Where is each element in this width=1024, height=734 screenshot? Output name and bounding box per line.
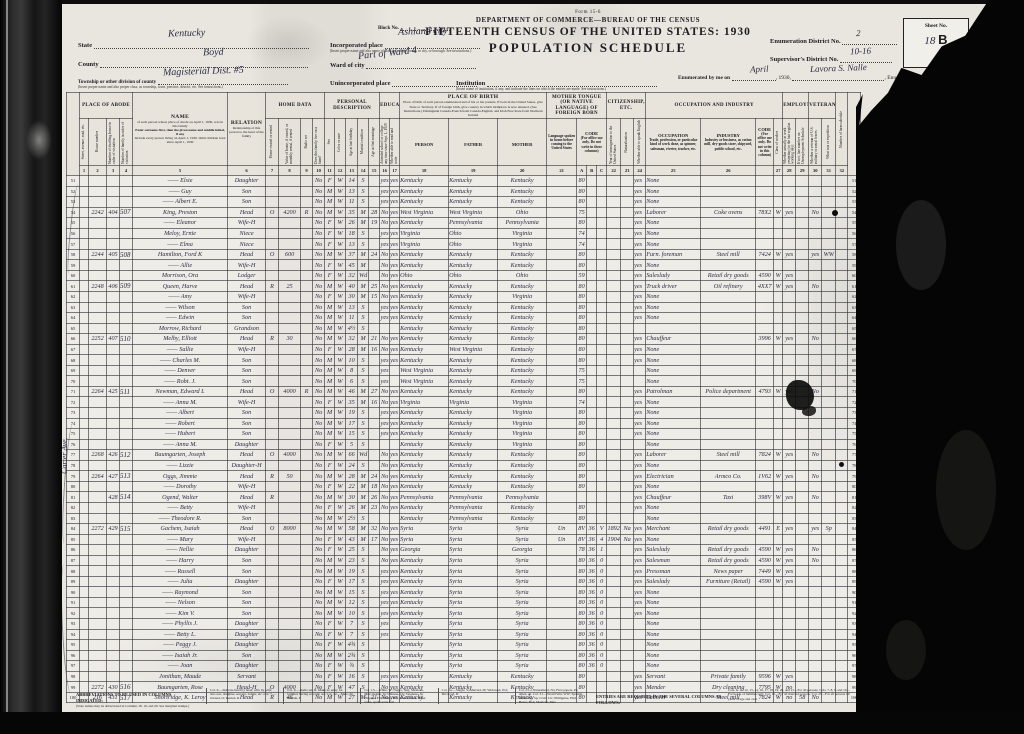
entry-cell bbox=[809, 640, 822, 651]
entry-cell: No bbox=[380, 555, 390, 566]
entry-cell: W bbox=[335, 450, 346, 461]
entry-cell bbox=[822, 471, 836, 482]
entry-cell bbox=[301, 471, 313, 482]
entry-cell bbox=[547, 302, 577, 313]
entry-cell: No bbox=[313, 534, 325, 545]
entry-cell bbox=[597, 450, 607, 461]
entry-cell: None bbox=[646, 460, 701, 471]
entry-cell bbox=[822, 587, 836, 598]
entry-cell bbox=[301, 270, 313, 281]
entry-cell bbox=[774, 650, 783, 661]
street-cell bbox=[80, 323, 89, 334]
entry-cell: W bbox=[335, 629, 346, 640]
entry-cell: No bbox=[380, 460, 390, 471]
entry-cell bbox=[783, 323, 796, 334]
entry-cell: 1 bbox=[597, 545, 607, 556]
entry-cell: yes bbox=[390, 545, 400, 556]
entry-cell: F bbox=[325, 534, 335, 545]
entry-cell bbox=[836, 408, 848, 419]
entry-cell: 0 bbox=[597, 650, 607, 661]
scan-blob bbox=[936, 430, 996, 550]
entry-cell bbox=[301, 608, 313, 619]
entry-cell: No bbox=[313, 397, 325, 408]
column-number-18: 18 bbox=[400, 166, 449, 176]
entry-cell: Grandson bbox=[228, 323, 266, 334]
entry-cell bbox=[587, 513, 597, 524]
line-number: 65 bbox=[67, 323, 80, 334]
entry-cell: Kentucky bbox=[400, 334, 449, 345]
entry-cell bbox=[836, 618, 848, 629]
entry-cell bbox=[701, 239, 756, 250]
entry-cell bbox=[836, 281, 848, 292]
entry-cell bbox=[774, 302, 783, 313]
entry-cell: 80 bbox=[577, 587, 587, 598]
table-row: 712264425511Newman, Edward LHeadO4000RNo… bbox=[67, 386, 861, 397]
entry-cell bbox=[89, 418, 107, 429]
entry-cell bbox=[597, 365, 607, 376]
entry-cell: yes bbox=[783, 334, 796, 345]
street-cell bbox=[80, 239, 89, 250]
entry-cell bbox=[607, 597, 621, 608]
entry-cell bbox=[301, 260, 313, 271]
entry-cell: yes bbox=[390, 566, 400, 577]
entry-cell: None bbox=[646, 418, 701, 429]
entry-cell bbox=[369, 365, 380, 376]
abode-subheader-2: House number bbox=[89, 119, 107, 166]
entry-cell: 80 bbox=[577, 186, 587, 197]
entry-cell bbox=[836, 344, 848, 355]
entry-cell bbox=[266, 439, 279, 450]
entry-cell bbox=[607, 239, 621, 250]
entry-cell bbox=[266, 186, 279, 197]
entry-cell bbox=[796, 629, 809, 640]
entry-cell bbox=[621, 618, 634, 629]
entry-cell bbox=[279, 176, 301, 187]
entry-cell: Virginia bbox=[449, 397, 498, 408]
entry-cell bbox=[279, 218, 301, 229]
entry-cell bbox=[547, 218, 577, 229]
entry-cell: Virginia bbox=[498, 408, 547, 419]
entry-cell bbox=[783, 228, 796, 239]
entry-cell: Son bbox=[228, 513, 266, 524]
class-of-worker-subheader: Class of worker bbox=[774, 119, 783, 166]
entry-cell bbox=[607, 323, 621, 334]
entry-cell bbox=[796, 524, 809, 535]
entry-cell: 36 bbox=[587, 555, 597, 566]
entry-cell bbox=[301, 481, 313, 492]
entry-cell bbox=[89, 323, 107, 334]
entry-cell: 511 bbox=[120, 386, 133, 397]
entry-cell bbox=[836, 650, 848, 661]
entry-cell bbox=[547, 365, 577, 376]
entry-cell bbox=[301, 429, 313, 440]
entry-cell: No bbox=[313, 450, 325, 461]
entry-cell: 43 bbox=[346, 534, 358, 545]
entry-cell bbox=[597, 281, 607, 292]
personal-subheader-2: Color or race bbox=[335, 119, 346, 166]
entry-cell bbox=[369, 513, 380, 524]
entry-cell: 80 bbox=[577, 450, 587, 461]
entry-cell bbox=[587, 239, 597, 250]
entry-cell bbox=[836, 186, 848, 197]
entry-cell bbox=[107, 228, 120, 239]
entry-cell bbox=[89, 302, 107, 313]
entry-cell: Patrolman bbox=[646, 386, 701, 397]
entry-cell bbox=[701, 197, 756, 208]
entry-cell: 0 bbox=[597, 608, 607, 619]
entry-cell bbox=[266, 239, 279, 250]
entry-cell bbox=[369, 618, 380, 629]
entry-cell: No bbox=[313, 313, 325, 324]
entry-cell: W bbox=[774, 492, 783, 503]
entry-cell: Jonithan, Maude bbox=[133, 671, 228, 682]
entry-cell: 426 bbox=[107, 450, 120, 461]
entry-cell bbox=[756, 365, 774, 376]
entry-cell: yes bbox=[634, 270, 646, 281]
entry-cell: Pennsylvania bbox=[449, 492, 498, 503]
entry-cell bbox=[587, 397, 597, 408]
entry-cell bbox=[774, 176, 783, 187]
entry-cell: W bbox=[335, 650, 346, 661]
table-row: 57—— ElmaNieceNoFW13SyesyesVirginiaOhioV… bbox=[67, 239, 861, 250]
entry-cell: M bbox=[358, 502, 369, 513]
entry-cell: W bbox=[335, 207, 346, 218]
entry-cell bbox=[621, 471, 634, 482]
entry-cell bbox=[301, 534, 313, 545]
entry-cell: No bbox=[313, 292, 325, 303]
entry-cell: R bbox=[301, 207, 313, 218]
entry-cell: yes bbox=[634, 334, 646, 345]
entry-cell: —— Anna M. bbox=[133, 439, 228, 450]
entry-cell: yes bbox=[783, 671, 796, 682]
entry-cell bbox=[822, 176, 836, 187]
entry-cell bbox=[301, 218, 313, 229]
entry-cell: None bbox=[646, 176, 701, 187]
street-cell bbox=[80, 650, 89, 661]
entry-cell: W bbox=[335, 576, 346, 587]
entry-cell: Kentucky bbox=[449, 260, 498, 271]
entry-cell bbox=[836, 260, 848, 271]
entry-cell bbox=[369, 228, 380, 239]
entry-cell: No bbox=[380, 450, 390, 461]
ward-field: Ward of city bbox=[330, 60, 476, 69]
entry-cell bbox=[120, 228, 133, 239]
entry-cell: 28 bbox=[346, 471, 358, 482]
entry-cell: Daughter bbox=[228, 439, 266, 450]
entry-cell bbox=[621, 492, 634, 503]
entry-cell: West Virginia bbox=[449, 207, 498, 218]
entry-cell bbox=[120, 365, 133, 376]
entry-cell: M bbox=[325, 587, 335, 598]
entry-cell bbox=[822, 386, 836, 397]
entry-cell: W bbox=[774, 334, 783, 345]
entry-cell: 24 bbox=[369, 471, 380, 482]
entry-cell: W bbox=[335, 313, 346, 324]
entry-cell: 74 bbox=[577, 397, 587, 408]
home-subheader-1: Home owned or rented bbox=[266, 119, 279, 166]
abode-subheader-1: Street, avenue, road, etc. bbox=[80, 119, 89, 166]
column-number-25: 25 bbox=[646, 166, 701, 176]
entry-cell bbox=[756, 618, 774, 629]
entry-cell bbox=[266, 218, 279, 229]
entry-cell: W bbox=[774, 450, 783, 461]
entry-cell bbox=[369, 239, 380, 250]
entry-cell bbox=[783, 513, 796, 524]
entry-cell bbox=[796, 545, 809, 556]
entry-cell bbox=[783, 218, 796, 229]
entry-cell bbox=[701, 418, 756, 429]
ward-rule bbox=[366, 60, 476, 69]
occupation-subheader: OCCUPATIONTrade, profession, or particul… bbox=[646, 119, 701, 166]
table-row: 82—— BettyWife-HNoFW26M23NoyesKentuckyPe… bbox=[67, 502, 861, 513]
entry-cell bbox=[796, 197, 809, 208]
entry-cell bbox=[822, 218, 836, 229]
entry-cell bbox=[89, 355, 107, 366]
entry-cell: Pressman bbox=[646, 566, 701, 577]
entry-cell bbox=[634, 365, 646, 376]
entry-cell bbox=[783, 239, 796, 250]
entry-cell bbox=[547, 587, 577, 598]
entry-cell: Kentucky bbox=[498, 260, 547, 271]
entry-cell bbox=[107, 439, 120, 450]
entry-cell: Private family bbox=[701, 671, 756, 682]
entry-cell: yes bbox=[634, 471, 646, 482]
table-row: 70—— Robt. J.SonNoMW6SyesWest VirginiaKe… bbox=[67, 376, 861, 387]
entry-cell: Ohio bbox=[498, 270, 547, 281]
entry-cell: yes bbox=[380, 228, 390, 239]
entry-cell bbox=[634, 323, 646, 334]
entry-cell bbox=[390, 439, 400, 450]
entry-cell bbox=[796, 534, 809, 545]
entry-cell bbox=[836, 270, 848, 281]
street-cell bbox=[80, 439, 89, 450]
entry-cell: 2264 bbox=[89, 386, 107, 397]
entry-cell: None bbox=[646, 292, 701, 303]
entry-cell: 2264 bbox=[89, 471, 107, 482]
entry-cell bbox=[266, 176, 279, 187]
entry-cell bbox=[621, 302, 634, 313]
entry-cell: S bbox=[358, 365, 369, 376]
entry-cell bbox=[774, 502, 783, 513]
entry-cell bbox=[587, 376, 597, 387]
entry-cell bbox=[301, 629, 313, 640]
entry-cell bbox=[369, 197, 380, 208]
entry-cell: Kentucky bbox=[498, 355, 547, 366]
entry-cell: 398V bbox=[756, 492, 774, 503]
entry-cell: yes bbox=[634, 207, 646, 218]
entry-cell bbox=[369, 566, 380, 577]
entry-cell bbox=[120, 502, 133, 513]
entry-cell: Kentucky bbox=[449, 365, 498, 376]
entry-cell bbox=[89, 344, 107, 355]
entry-cell: None bbox=[646, 429, 701, 440]
entry-cell: 13 bbox=[346, 186, 358, 197]
entry-cell: None bbox=[646, 397, 701, 408]
entry-cell: West Virginia bbox=[400, 376, 449, 387]
entry-cell: yes bbox=[380, 608, 390, 619]
entry-cell bbox=[809, 650, 822, 661]
entry-cell bbox=[120, 376, 133, 387]
citizenship-subheader-1: Year of immigration to the United States bbox=[607, 119, 621, 166]
entry-cell bbox=[107, 429, 120, 440]
street-cell bbox=[80, 228, 89, 239]
entry-cell: W bbox=[335, 524, 346, 535]
column-number-12: 12 bbox=[335, 166, 346, 176]
entry-cell bbox=[607, 260, 621, 271]
entry-cell bbox=[279, 408, 301, 419]
entry-cell bbox=[809, 481, 822, 492]
entry-cell: Daughter bbox=[228, 640, 266, 651]
entry-cell: 7424 bbox=[756, 249, 774, 260]
entry-cell: F bbox=[325, 618, 335, 629]
entry-cell: No bbox=[313, 302, 325, 313]
entry-cell: Kentucky bbox=[400, 302, 449, 313]
entry-cell: ¾ bbox=[346, 661, 358, 672]
entry-cell: 2½ bbox=[346, 513, 358, 524]
entry-cell bbox=[646, 323, 701, 334]
entry-cell bbox=[836, 608, 848, 619]
entry-cell bbox=[279, 640, 301, 651]
entry-cell: Syria bbox=[498, 597, 547, 608]
entry-cell: No bbox=[313, 502, 325, 513]
entry-cell bbox=[369, 640, 380, 651]
entry-cell bbox=[809, 292, 822, 303]
entry-cell bbox=[756, 640, 774, 651]
entry-cell: yes bbox=[390, 492, 400, 503]
entry-cell: Retail dry goods bbox=[701, 555, 756, 566]
entry-cell bbox=[634, 661, 646, 672]
entry-cell bbox=[607, 376, 621, 387]
entry-cell bbox=[266, 545, 279, 556]
entry-cell: Kentucky bbox=[400, 513, 449, 524]
entry-cell: 425 bbox=[107, 386, 120, 397]
street-cell bbox=[80, 671, 89, 682]
entry-cell bbox=[587, 186, 597, 197]
entry-cell: Meloy, Ernie bbox=[133, 228, 228, 239]
entry-cell bbox=[836, 302, 848, 313]
entry-cell: 36 bbox=[587, 576, 597, 587]
entry-cell: M bbox=[358, 292, 369, 303]
entry-cell: 19 bbox=[346, 566, 358, 577]
entry-cell: F bbox=[325, 661, 335, 672]
entry-cell: 11 bbox=[346, 313, 358, 324]
entry-cell bbox=[822, 228, 836, 239]
scanned-census-page: Form 15-6 DEPARTMENT OF COMMERCE—BUREAU … bbox=[0, 0, 1024, 734]
entry-cell: W bbox=[335, 597, 346, 608]
entry-cell: yes bbox=[390, 270, 400, 281]
column-number-24: 24 bbox=[634, 166, 646, 176]
entry-cell bbox=[89, 260, 107, 271]
column-number-5: 5 bbox=[133, 166, 228, 176]
entry-cell bbox=[774, 218, 783, 229]
entry-cell bbox=[822, 650, 836, 661]
citizenship-subheader-2: Naturalization bbox=[621, 119, 634, 166]
entry-cell: W bbox=[335, 281, 346, 292]
entry-cell bbox=[607, 228, 621, 239]
street-cell bbox=[80, 429, 89, 440]
entry-cell: 24 bbox=[369, 249, 380, 260]
entry-cell: Morrow, Richard bbox=[133, 323, 228, 334]
entry-cell bbox=[756, 629, 774, 640]
column-number-10: 10 bbox=[313, 166, 325, 176]
enumerator-name-value: Lavora S. Nalle bbox=[810, 62, 867, 74]
entry-cell: 0 bbox=[597, 597, 607, 608]
column-number-32: 32 bbox=[836, 166, 848, 176]
entry-cell: yes bbox=[390, 460, 400, 471]
entry-cell bbox=[796, 292, 809, 303]
entry-cell bbox=[634, 376, 646, 387]
entry-cell: 80 bbox=[577, 281, 587, 292]
column-number-22: 22 bbox=[607, 166, 621, 176]
entry-cell bbox=[301, 292, 313, 303]
entry-cell bbox=[701, 481, 756, 492]
entry-cell bbox=[380, 661, 390, 672]
entry-cell: None bbox=[646, 302, 701, 313]
entry-cell bbox=[89, 576, 107, 587]
table-row: 91—— NelsonSonNoMW12SyesyesKentuckySyria… bbox=[67, 597, 861, 608]
entry-cell: 80 bbox=[577, 302, 587, 313]
entry-cell: 2¾ bbox=[346, 650, 358, 661]
entry-cell: yes bbox=[390, 408, 400, 419]
entry-cell bbox=[783, 661, 796, 672]
entry-cell bbox=[266, 629, 279, 640]
entry-cell bbox=[279, 502, 301, 513]
entry-cell: yes bbox=[634, 450, 646, 461]
entry-cell: S bbox=[358, 302, 369, 313]
entry-cell bbox=[597, 671, 607, 682]
entry-cell bbox=[809, 323, 822, 334]
entry-cell bbox=[607, 292, 621, 303]
table-row: 94—— Betty L.DaughterNoFW7SyesKentuckySy… bbox=[67, 629, 861, 640]
entry-cell: F bbox=[325, 629, 335, 640]
entry-cell bbox=[607, 249, 621, 260]
entry-cell: yes bbox=[783, 566, 796, 577]
entry-cell bbox=[783, 418, 796, 429]
entry-cell: yes bbox=[634, 608, 646, 619]
entry-cell: S bbox=[358, 587, 369, 598]
table-row: 85—— MaryWife-HNoFW43M17NoyesSyriaSyriaS… bbox=[67, 534, 861, 545]
entry-cell: yes bbox=[380, 587, 390, 598]
entry-cell bbox=[120, 323, 133, 334]
entry-cell bbox=[822, 365, 836, 376]
entry-cell: —— Betty L. bbox=[133, 629, 228, 640]
entry-cell: W bbox=[335, 355, 346, 366]
entry-cell bbox=[597, 408, 607, 419]
entry-cell: 28 bbox=[346, 344, 358, 355]
entry-cell bbox=[836, 397, 848, 408]
entry-cell: Syria bbox=[498, 650, 547, 661]
entry-cell: W bbox=[335, 260, 346, 271]
entry-cell: 15 bbox=[346, 587, 358, 598]
entry-cell: 36 bbox=[587, 661, 597, 672]
entry-cell bbox=[607, 270, 621, 281]
entry-cell: W bbox=[335, 587, 346, 598]
table-row: 52—— GuySonNoMW13SyesyesKentuckyKentucky… bbox=[67, 186, 861, 197]
entry-cell bbox=[587, 302, 597, 313]
entry-cell bbox=[701, 334, 756, 345]
entry-cell: yes bbox=[783, 270, 796, 281]
entry-cell bbox=[301, 334, 313, 345]
entry-cell bbox=[607, 186, 621, 197]
entry-cell bbox=[597, 239, 607, 250]
entry-cell bbox=[756, 460, 774, 471]
entry-cell bbox=[380, 439, 390, 450]
entry-cell: —— Isaiah Jr. bbox=[133, 650, 228, 661]
entry-cell: M bbox=[325, 249, 335, 260]
street-cell bbox=[80, 513, 89, 524]
entry-cell bbox=[701, 397, 756, 408]
entry-cell bbox=[120, 597, 133, 608]
